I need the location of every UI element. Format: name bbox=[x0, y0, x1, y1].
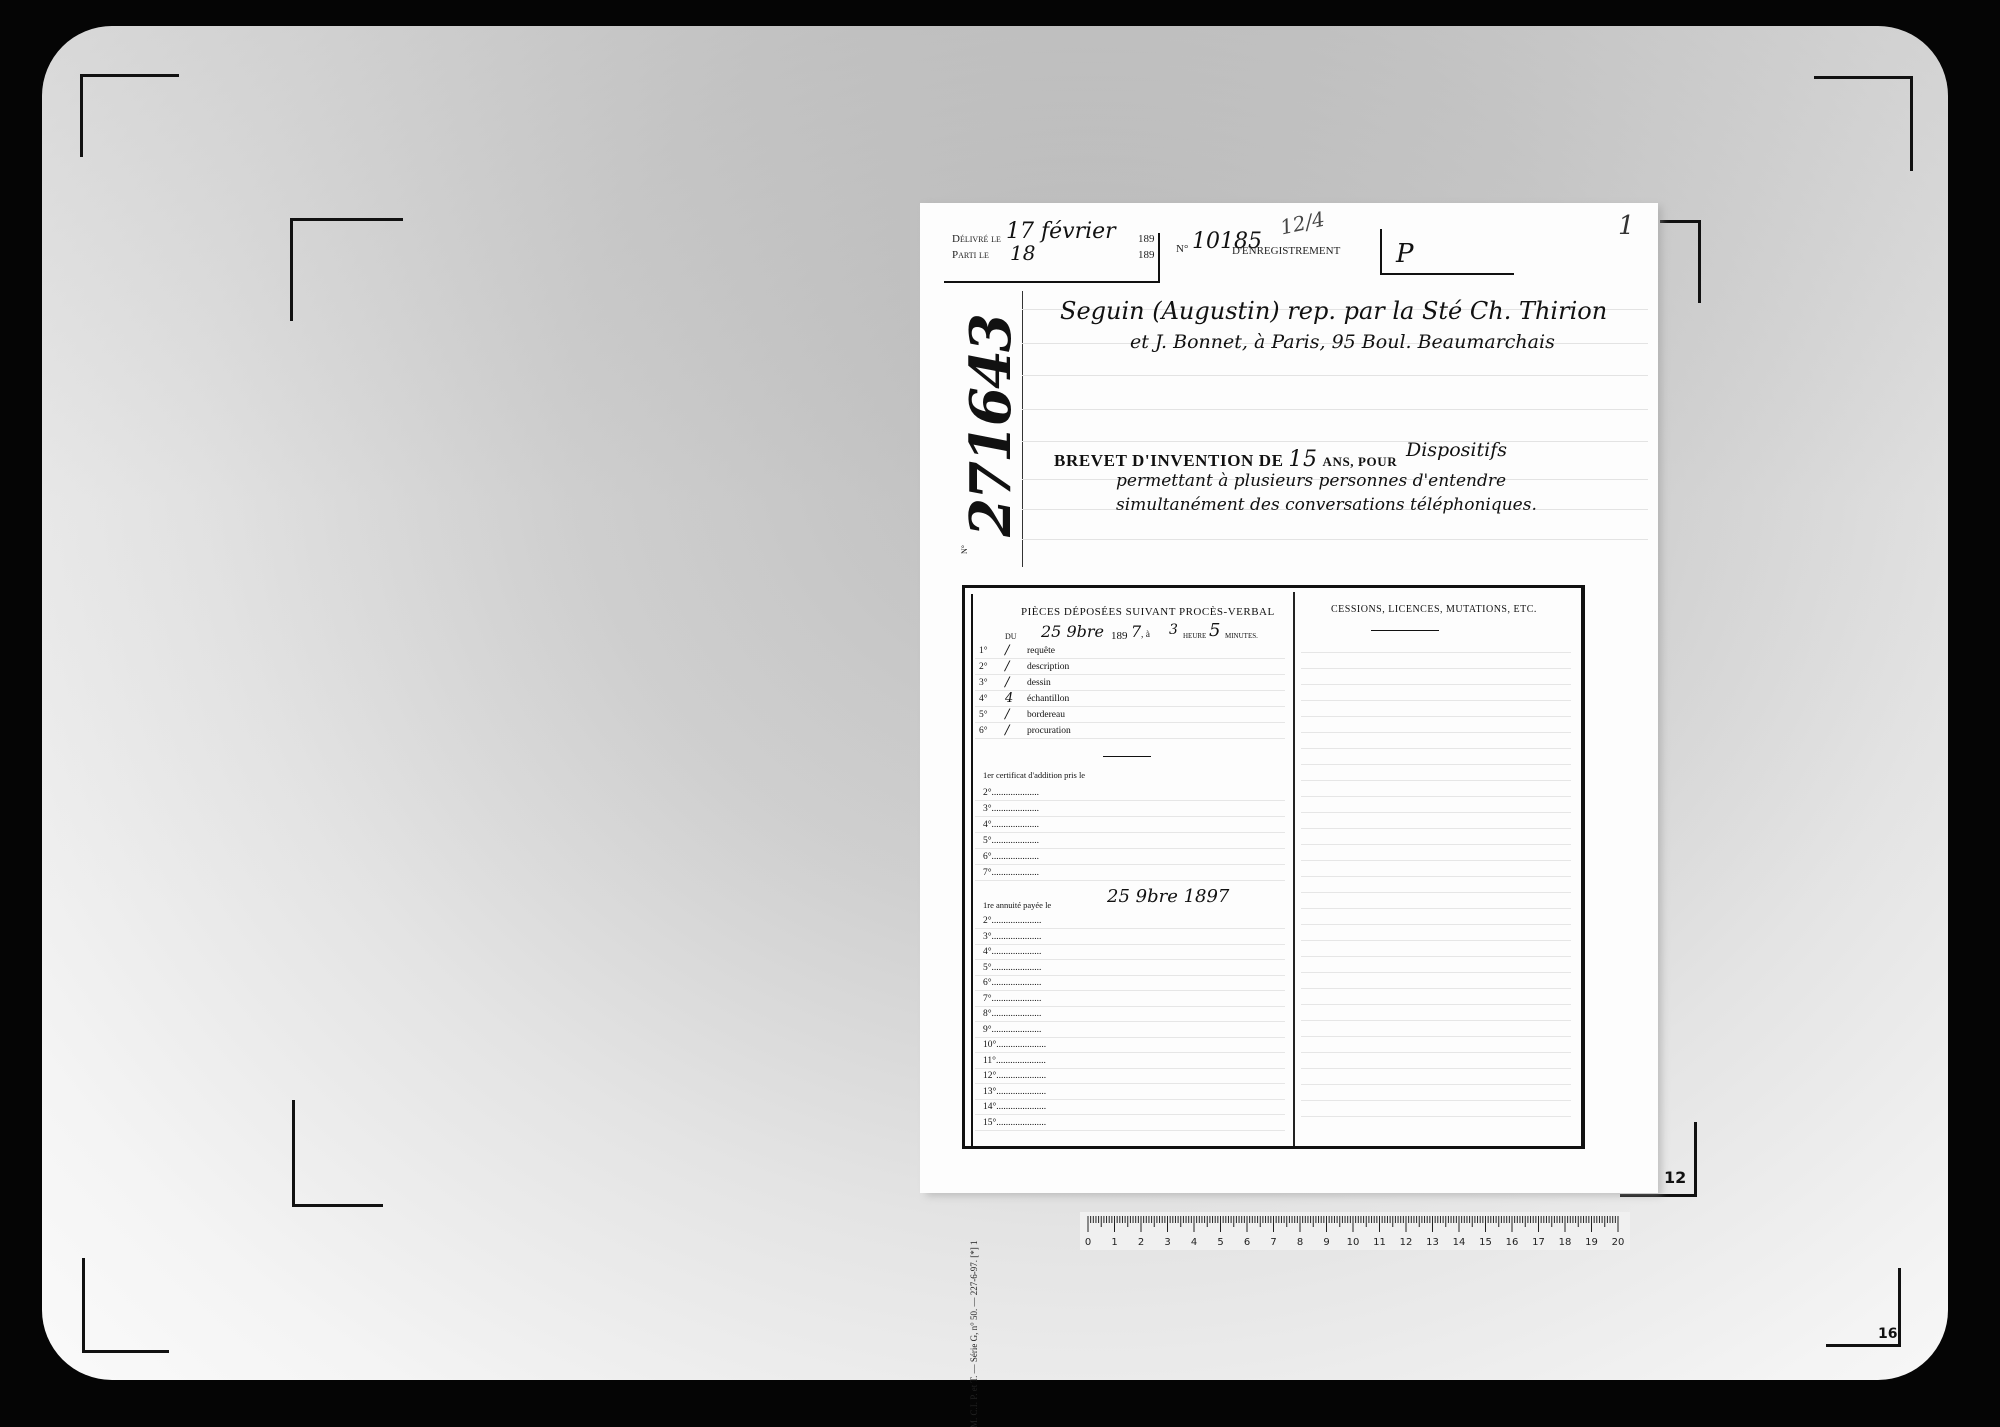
a-label: , à bbox=[1141, 630, 1150, 640]
patent-number-prefix: N° bbox=[960, 545, 969, 554]
annuity-row: 12°..................... bbox=[983, 1071, 1046, 1081]
sent-label: Parti le bbox=[952, 249, 989, 261]
certificate-row: 3°.................... bbox=[983, 804, 1039, 814]
annuity-row: 5°..................... bbox=[983, 963, 1041, 973]
brevet-title-2: permettant à plusieurs personnes d'enten… bbox=[1116, 471, 1506, 491]
registration-box-bottom bbox=[1380, 273, 1514, 275]
applicant-line-2: et J. Bonnet, à Paris, 95 Boul. Beaumarc… bbox=[1130, 331, 1555, 353]
piece-count: / bbox=[1005, 659, 1009, 674]
svg-text:7: 7 bbox=[1270, 1237, 1276, 1248]
piece-label: description bbox=[1027, 662, 1069, 672]
crop-mark-outer-top-left bbox=[80, 74, 179, 157]
heure-label: HEURE bbox=[1183, 632, 1206, 640]
deposit-hour: 3 bbox=[1169, 622, 1178, 638]
applicant-line-1: Seguin (Augustin) rep. par la Sté Ch. Th… bbox=[1060, 297, 1607, 325]
svg-text:19: 19 bbox=[1585, 1237, 1598, 1248]
crop-mark-outer-bottom-left bbox=[82, 1258, 169, 1353]
annuity-row: 11°..................... bbox=[983, 1056, 1046, 1066]
svg-text:17: 17 bbox=[1532, 1237, 1545, 1248]
du-label: DU bbox=[1005, 632, 1017, 641]
svg-text:3: 3 bbox=[1164, 1237, 1170, 1248]
certificate-row: 5°.................... bbox=[983, 836, 1039, 846]
brevet-years: 15 bbox=[1288, 447, 1317, 472]
records-panel: PIÈCES DÉPOSÉES SUIVANT PROCÈS-VERBAL DU… bbox=[962, 585, 1585, 1149]
piece-count: / bbox=[1005, 723, 1009, 738]
scale-ruler: 01234567891011121314151617181920 bbox=[1080, 1212, 1630, 1250]
deposit-date: 25 9bre bbox=[1041, 622, 1104, 641]
corner-mark: 1 bbox=[1618, 211, 1635, 241]
registration-label: D'ENREGISTREMENT bbox=[1232, 245, 1340, 257]
deposit-year-hand: 7 bbox=[1131, 622, 1141, 641]
piece-count: / bbox=[1005, 675, 1009, 690]
annuity-row: 3°..................... bbox=[983, 932, 1041, 942]
header-box-bottom bbox=[944, 281, 1160, 283]
delivered-year: 189 bbox=[1138, 233, 1155, 245]
svg-text:8: 8 bbox=[1297, 1237, 1303, 1248]
patent-number: 271643 bbox=[958, 315, 1024, 537]
svg-text:14: 14 bbox=[1453, 1237, 1466, 1248]
svg-text:18: 18 bbox=[1559, 1237, 1572, 1248]
certificate-row: 7°.................... bbox=[983, 868, 1039, 878]
crop-mark-inner-top-left bbox=[290, 218, 403, 321]
ruler-ticks: 01234567891011121314151617181920 bbox=[1080, 1212, 1630, 1250]
annuity-first-date: 25 9bre 1897 bbox=[1107, 886, 1229, 907]
pencil-note: 12/4 bbox=[1278, 207, 1327, 240]
svg-text:2: 2 bbox=[1138, 1237, 1144, 1248]
piece-count: / bbox=[1005, 707, 1009, 722]
page-mark-outer: 16 bbox=[1878, 1326, 1897, 1342]
piece-label: requête bbox=[1027, 646, 1055, 656]
page-mark-inner: 12 bbox=[1664, 1168, 1686, 1187]
pieces-title: PIÈCES DÉPOSÉES SUIVANT PROCÈS-VERBAL bbox=[1021, 606, 1275, 618]
annuity-row: 15°..................... bbox=[983, 1118, 1046, 1128]
piece-label: procuration bbox=[1027, 726, 1071, 736]
piece-label: échantillon bbox=[1027, 694, 1069, 704]
delivered-label: Délivré le bbox=[952, 233, 1001, 245]
brevet-label: BREVET D'INVENTION DE 15 ANS, POUR bbox=[1054, 447, 1397, 472]
svg-text:16: 16 bbox=[1506, 1237, 1519, 1248]
registration-box-mark: P bbox=[1396, 239, 1414, 269]
piece-count: 4 bbox=[1005, 691, 1013, 706]
crop-mark-inner-top-right bbox=[1660, 220, 1701, 303]
piece-num: 3° bbox=[979, 678, 988, 688]
svg-text:15: 15 bbox=[1479, 1237, 1492, 1248]
header-box-right bbox=[1158, 233, 1160, 283]
annuity-row: 9°..................... bbox=[983, 1025, 1041, 1035]
certificate-first: 1er certificat d'addition pris le bbox=[983, 770, 1085, 780]
svg-text:11: 11 bbox=[1373, 1237, 1386, 1248]
minutes-label: MINUTES. bbox=[1225, 632, 1258, 640]
certificate-row: 2°.................... bbox=[983, 788, 1039, 798]
svg-text:10: 10 bbox=[1347, 1237, 1360, 1248]
svg-text:6: 6 bbox=[1244, 1237, 1250, 1248]
svg-text:0: 0 bbox=[1085, 1237, 1091, 1248]
printer-imprint: M. C.I. P. et T. — Série G, n° 50. — 227… bbox=[969, 1240, 979, 1427]
annuity-row: 7°..................... bbox=[983, 994, 1041, 1004]
annuity-row: 2°..................... bbox=[983, 916, 1041, 926]
svg-text:4: 4 bbox=[1191, 1237, 1197, 1248]
annuity-row: 4°..................... bbox=[983, 947, 1041, 957]
annuity-row: 14°..................... bbox=[983, 1102, 1046, 1112]
deposit-minutes: 5 bbox=[1209, 620, 1220, 641]
piece-num: 1° bbox=[979, 646, 988, 656]
piece-num: 6° bbox=[979, 726, 988, 736]
certificate-row: 4°.................... bbox=[983, 820, 1039, 830]
piece-count: / bbox=[1005, 643, 1009, 658]
annuity-row: 8°..................... bbox=[983, 1009, 1041, 1019]
crop-mark-inner-bottom-left bbox=[292, 1100, 383, 1207]
svg-text:20: 20 bbox=[1612, 1237, 1625, 1248]
svg-text:13: 13 bbox=[1426, 1237, 1439, 1248]
brevet-title-1: Dispositifs bbox=[1406, 439, 1507, 461]
brevet-title-3: simultanément des conversations téléphon… bbox=[1116, 495, 1537, 515]
annuity-row: 6°..................... bbox=[983, 978, 1041, 988]
annuity-first: 1re annuité payée le bbox=[983, 900, 1051, 910]
piece-num: 2° bbox=[979, 662, 988, 672]
piece-label: dessin bbox=[1027, 678, 1051, 688]
registration-box-left bbox=[1380, 229, 1382, 275]
sent-year: 189 bbox=[1138, 249, 1155, 261]
certificate-row: 6°.................... bbox=[983, 852, 1039, 862]
svg-text:12: 12 bbox=[1400, 1237, 1413, 1248]
cessions-title: CESSIONS, LICENCES, MUTATIONS, ETC. bbox=[1331, 604, 1537, 615]
registration-prefix: N° bbox=[1176, 243, 1188, 255]
svg-text:1: 1 bbox=[1111, 1237, 1117, 1248]
piece-num: 5° bbox=[979, 710, 988, 720]
piece-label: bordereau bbox=[1027, 710, 1065, 720]
patent-card: Délivré le 17 février 189 Parti le 18 18… bbox=[920, 203, 1658, 1193]
crop-mark-outer-top-right bbox=[1814, 76, 1913, 171]
deposit-year-printed: 189 bbox=[1111, 630, 1128, 642]
svg-text:5: 5 bbox=[1217, 1237, 1223, 1248]
sent-date: 18 bbox=[1010, 241, 1035, 265]
annuity-row: 13°..................... bbox=[983, 1087, 1046, 1097]
annuity-row: 10°..................... bbox=[983, 1040, 1046, 1050]
svg-text:9: 9 bbox=[1323, 1237, 1329, 1248]
piece-num: 4° bbox=[979, 694, 988, 704]
